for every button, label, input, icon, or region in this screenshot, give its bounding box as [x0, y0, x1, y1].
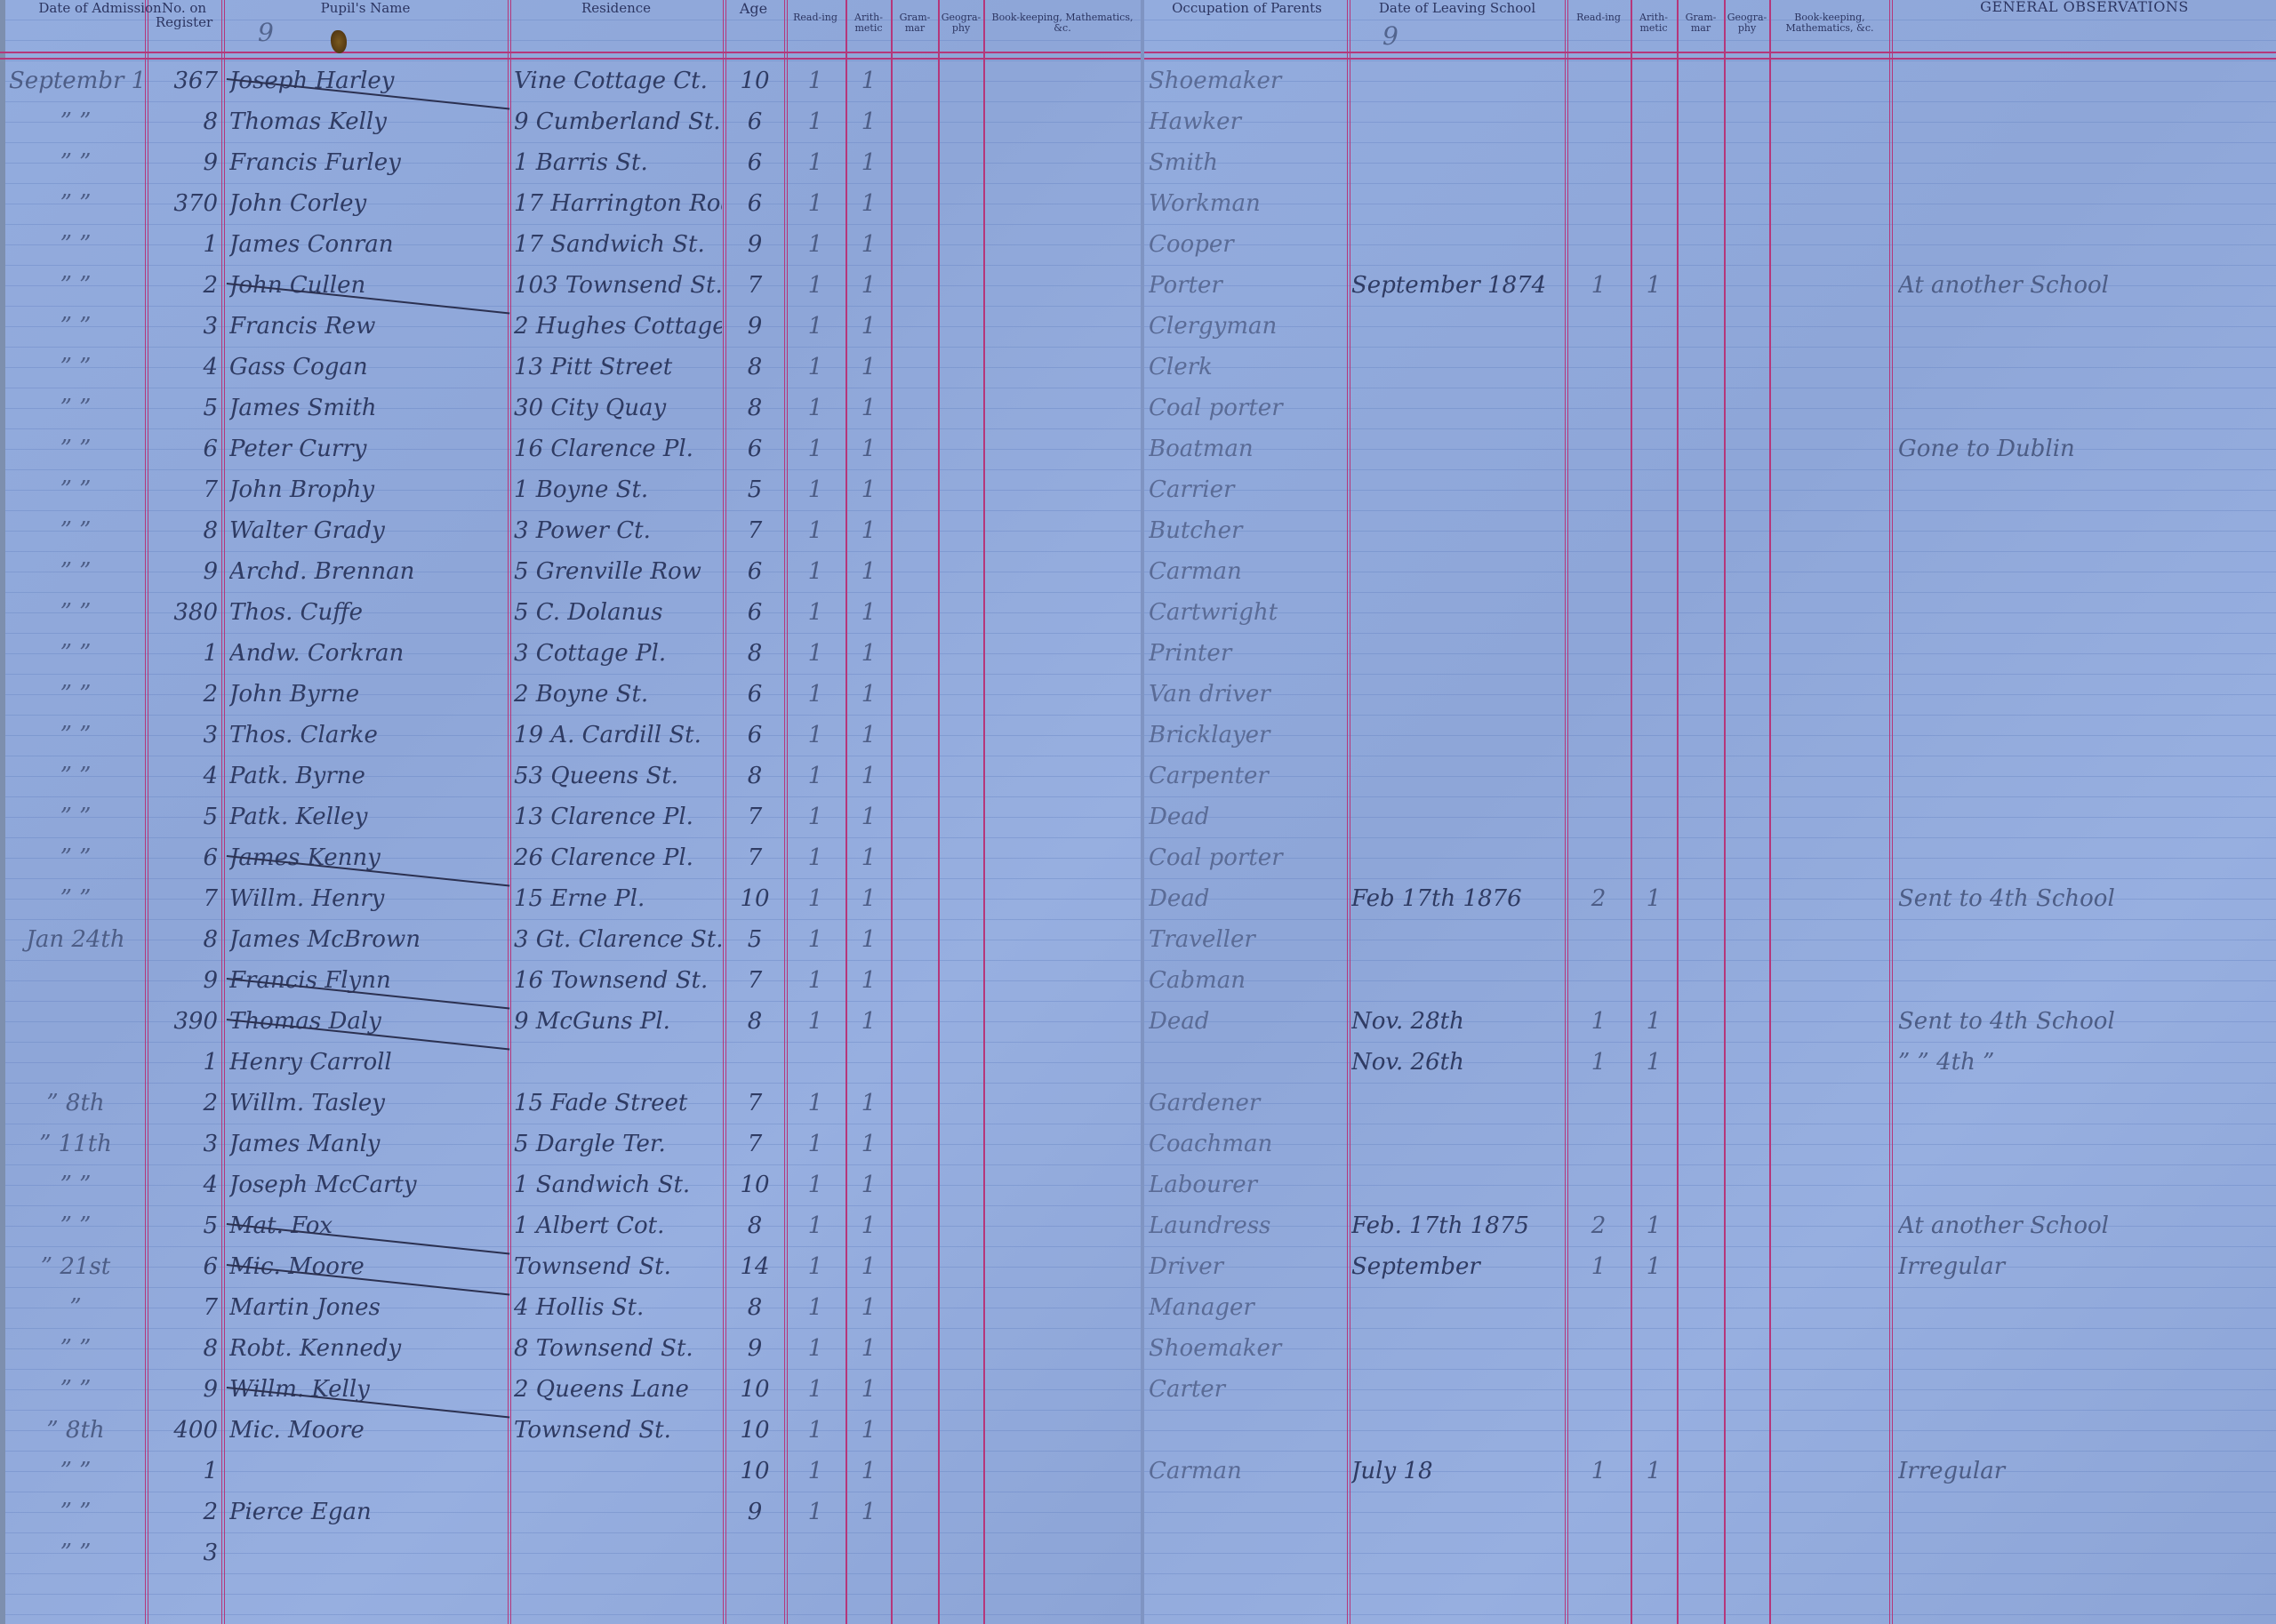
header-bookkeeping: Book-keeping, Mathematics, &c. — [985, 12, 1140, 33]
date-of-admission: ” — [9, 1287, 142, 1328]
header-geography: Geogra-phy — [940, 12, 982, 33]
age: 7 — [727, 1124, 782, 1164]
age: 7 — [727, 960, 782, 1001]
occupation-of-parent: Traveller — [1149, 919, 1346, 960]
register-number: 8 — [148, 1328, 218, 1369]
date-of-leaving — [1351, 101, 1563, 142]
leaving-reading-mark — [1568, 756, 1629, 796]
age: 8 — [727, 1001, 782, 1042]
leaving-arithmetic-mark — [1632, 1287, 1675, 1328]
leaving-reading-mark — [1568, 142, 1629, 183]
general-observation: Sent to 4th School — [1898, 1001, 2272, 1042]
occupation-of-parent: Bricklayer — [1149, 715, 1346, 756]
general-observation — [1898, 1410, 2272, 1451]
residence: 4 Hollis St. — [514, 1287, 722, 1328]
residence: 3 Gt. Clarence St. — [514, 919, 722, 960]
date-of-admission: ” ” — [9, 428, 142, 469]
date-of-leaving — [1351, 428, 1563, 469]
pupil-name: James McBrown — [229, 919, 505, 960]
occupation-of-parent: Coachman — [1149, 1124, 1346, 1164]
arithmetic-mark: 1 — [847, 796, 890, 837]
register-number: 2 — [148, 674, 218, 715]
register-row: ” ”8Robt. Kennedy8 Townsend St.911Shoema… — [0, 1328, 2276, 1369]
leaving-arithmetic-mark: 1 — [1632, 1042, 1675, 1083]
leaving-arithmetic-mark — [1632, 1164, 1675, 1205]
leaving-arithmetic-mark — [1632, 60, 1675, 101]
leaving-reading-mark — [1568, 960, 1629, 1001]
register-row: ” ”5James Smith30 City Quay811Coal porte… — [0, 388, 2276, 428]
register-row: ” ”8Thomas Kelly9 Cumberland St.611Hawke… — [0, 101, 2276, 142]
pupil-name: Thomas Daly — [229, 1001, 505, 1042]
date-of-admission: ” ” — [9, 837, 142, 878]
age: 9 — [727, 1328, 782, 1369]
leaving-reading-mark — [1568, 674, 1629, 715]
residence: Vine Cottage Ct. — [514, 60, 722, 101]
leaving-arithmetic-mark — [1632, 837, 1675, 878]
general-observation: Irregular — [1898, 1246, 2272, 1287]
date-of-admission: ” ” — [9, 142, 142, 183]
leaving-arithmetic-mark — [1632, 347, 1675, 388]
occupation-of-parent: Carpenter — [1149, 756, 1346, 796]
age: 10 — [727, 1410, 782, 1451]
leaving-arithmetic-mark: 1 — [1632, 1001, 1675, 1042]
register-number: 2 — [148, 1083, 218, 1124]
general-observation — [1898, 919, 2272, 960]
pupil-name: Martin Jones — [229, 1287, 505, 1328]
reading-mark: 1 — [788, 837, 843, 878]
pupil-name: Gass Cogan — [229, 347, 505, 388]
leaving-reading-mark — [1568, 837, 1629, 878]
register-row: ” ”5Patk. Kelley13 Clarence Pl.711Dead — [0, 796, 2276, 837]
date-of-admission — [9, 1001, 142, 1042]
date-of-admission: ” ” — [9, 1451, 142, 1492]
date-of-leaving — [1351, 715, 1563, 756]
leaving-arithmetic-mark — [1632, 633, 1675, 674]
date-of-leaving: Feb 17th 1876 — [1351, 878, 1563, 919]
age: 7 — [727, 265, 782, 306]
register-row: ” ”2Pierce Egan911 — [0, 1492, 2276, 1532]
age: 9 — [727, 306, 782, 347]
leaving-arithmetic-mark — [1632, 142, 1675, 183]
general-observation: Sent to 4th School — [1898, 878, 2272, 919]
header-occupation-of-parents: Occupation of Parents — [1147, 2, 1347, 16]
age: 8 — [727, 1287, 782, 1328]
date-of-leaving — [1351, 224, 1563, 265]
reading-mark: 1 — [788, 674, 843, 715]
register-row: ” ”4Gass Cogan13 Pitt Street811Clerk — [0, 347, 2276, 388]
register-row: ” ”6Peter Curry16 Clarence Pl.611Boatman… — [0, 428, 2276, 469]
arithmetic-mark: 1 — [847, 265, 890, 306]
register-row: ” ”3 — [0, 1532, 2276, 1573]
register-number: 380 — [148, 592, 218, 633]
age: 9 — [727, 224, 782, 265]
reading-mark: 1 — [788, 60, 843, 101]
header-date-of-admission: Date of Admission — [36, 2, 164, 16]
register-number: 367 — [148, 60, 218, 101]
age: 10 — [727, 1164, 782, 1205]
pupil-name: Patk. Byrne — [229, 756, 505, 796]
date-of-admission: ” ” — [9, 878, 142, 919]
arithmetic-mark: 1 — [847, 1164, 890, 1205]
header-rule-right — [1144, 52, 2276, 60]
reading-mark: 1 — [788, 1410, 843, 1451]
residence — [514, 1492, 722, 1532]
general-observation — [1898, 1369, 2272, 1410]
leaving-reading-mark: 2 — [1568, 878, 1629, 919]
date-of-admission: ” ” — [9, 265, 142, 306]
arithmetic-mark: 1 — [847, 428, 890, 469]
occupation-of-parent: Boatman — [1149, 428, 1346, 469]
residence: 1 Sandwich St. — [514, 1164, 722, 1205]
age: 6 — [727, 101, 782, 142]
header-date-of-leaving-school: Date of Leaving School — [1350, 2, 1564, 16]
date-of-admission — [9, 960, 142, 1001]
leaving-arithmetic-mark — [1632, 756, 1675, 796]
reading-mark: 1 — [788, 101, 843, 142]
occupation-of-parent: Carman — [1149, 551, 1346, 592]
register-row: ” ”1Andw. Corkran3 Cottage Pl.811Printer — [0, 633, 2276, 674]
date-of-leaving — [1351, 347, 1563, 388]
date-of-admission: ” 8th — [9, 1410, 142, 1451]
register-number: 2 — [148, 265, 218, 306]
occupation-of-parent: Clergyman — [1149, 306, 1346, 347]
register-row: ” ”8Walter Grady3 Power Ct.711Butcher — [0, 510, 2276, 551]
reading-mark: 1 — [788, 388, 843, 428]
date-of-admission: ” ” — [9, 592, 142, 633]
age: 14 — [727, 1246, 782, 1287]
age: 6 — [727, 674, 782, 715]
date-of-leaving: July 18 — [1351, 1451, 1563, 1492]
register-number: 9 — [148, 142, 218, 183]
leaving-arithmetic-mark — [1632, 674, 1675, 715]
register-number: 3 — [148, 306, 218, 347]
leaving-reading-mark — [1568, 796, 1629, 837]
register-number: 1 — [148, 224, 218, 265]
date-of-leaving — [1351, 919, 1563, 960]
leaving-reading-mark — [1568, 224, 1629, 265]
reading-mark: 1 — [788, 224, 843, 265]
leaving-reading-mark — [1568, 1492, 1629, 1532]
arithmetic-mark: 1 — [847, 1492, 890, 1532]
register-number: 6 — [148, 837, 218, 878]
register-number: 1 — [148, 1451, 218, 1492]
leaving-reading-mark — [1568, 633, 1629, 674]
arithmetic-mark: 1 — [847, 510, 890, 551]
general-observation — [1898, 1124, 2272, 1164]
age: 8 — [727, 1205, 782, 1246]
date-of-admission: ” ” — [9, 306, 142, 347]
register-row: ”7Martin Jones4 Hollis St.811Manager — [0, 1287, 2276, 1328]
arithmetic-mark — [847, 1042, 890, 1083]
residence: 1 Boyne St. — [514, 469, 722, 510]
reading-mark: 1 — [788, 1287, 843, 1328]
general-observation — [1898, 1164, 2272, 1205]
leaving-arithmetic-mark — [1632, 1410, 1675, 1451]
pupil-name: Peter Curry — [229, 428, 505, 469]
residence: Townsend St. — [514, 1246, 722, 1287]
date-of-leaving: September — [1351, 1246, 1563, 1287]
leaving-arithmetic-mark — [1632, 183, 1675, 224]
arithmetic-mark: 1 — [847, 674, 890, 715]
residence: 26 Clarence Pl. — [514, 837, 722, 878]
leaving-arithmetic-mark — [1632, 510, 1675, 551]
date-of-admission — [9, 1042, 142, 1083]
register-number: 4 — [148, 1164, 218, 1205]
leaving-arithmetic-mark — [1632, 388, 1675, 428]
register-row: ” ”3Francis Rew2 Hughes Cottages911Clerg… — [0, 306, 2276, 347]
general-observation — [1898, 1492, 2272, 1532]
register-number: 6 — [148, 428, 218, 469]
reading-mark: 1 — [788, 347, 843, 388]
age: 7 — [727, 837, 782, 878]
occupation-of-parent: Dead — [1149, 878, 1346, 919]
occupation-of-parent: Van driver — [1149, 674, 1346, 715]
residence: 17 Harrington Road — [514, 183, 722, 224]
residence: 5 C. Dolanus — [514, 592, 722, 633]
date-of-admission: ” ” — [9, 756, 142, 796]
arithmetic-mark: 1 — [847, 1451, 890, 1492]
register-number: 7 — [148, 469, 218, 510]
occupation-of-parent: Gardener — [1149, 1083, 1346, 1124]
register-number: 3 — [148, 1124, 218, 1164]
date-of-admission: ” 8th — [9, 1083, 142, 1124]
arithmetic-mark: 1 — [847, 960, 890, 1001]
age: 10 — [727, 1451, 782, 1492]
age: 5 — [727, 469, 782, 510]
pupil-name: Mat. Fox — [229, 1205, 505, 1246]
occupation-of-parent: Cartwright — [1149, 592, 1346, 633]
residence: 13 Clarence Pl. — [514, 796, 722, 837]
reading-mark: 1 — [788, 960, 843, 1001]
leaving-arithmetic-mark — [1632, 1369, 1675, 1410]
register-row: 9Francis Flynn16 Townsend St.711Cabman — [0, 960, 2276, 1001]
residence: 5 Dargle Ter. — [514, 1124, 722, 1164]
occupation-of-parent: Coal porter — [1149, 837, 1346, 878]
page-mark-right: 9 — [1382, 21, 1398, 51]
residence: 17 Sandwich St. — [514, 224, 722, 265]
register-number: 8 — [148, 919, 218, 960]
register-number: 1 — [148, 633, 218, 674]
age: 8 — [727, 756, 782, 796]
register-row: ” ”9Francis Furley1 Barris St.611Smith — [0, 142, 2276, 183]
header-leaving-arithmetic: Arith-metic — [1632, 12, 1675, 33]
residence — [514, 1042, 722, 1083]
leaving-arithmetic-mark — [1632, 1124, 1675, 1164]
reading-mark: 1 — [788, 756, 843, 796]
age: 6 — [727, 183, 782, 224]
date-of-leaving — [1351, 1532, 1563, 1573]
date-of-admission: ” ” — [9, 551, 142, 592]
header-general-observations: GENERAL OBSERVATIONS — [1893, 0, 2276, 15]
register-row: ” 11th3James Manly5 Dargle Ter.711Coachm… — [0, 1124, 2276, 1164]
occupation-of-parent: Smith — [1149, 142, 1346, 183]
general-observation — [1898, 469, 2272, 510]
reading-mark — [788, 1042, 843, 1083]
register-row: ” ”4Patk. Byrne53 Queens St.811Carpenter — [0, 756, 2276, 796]
reading-mark: 1 — [788, 1492, 843, 1532]
occupation-of-parent: Manager — [1149, 1287, 1346, 1328]
register-number: 370 — [148, 183, 218, 224]
leaving-reading-mark — [1568, 1369, 1629, 1410]
leaving-reading-mark — [1568, 1124, 1629, 1164]
pupil-name — [229, 1532, 505, 1573]
pupil-name: Henry Carroll — [229, 1042, 505, 1083]
header-leaving-geography: Geogra-phy — [1726, 12, 1768, 33]
date-of-admission: ” ” — [9, 1205, 142, 1246]
date-of-leaving — [1351, 1083, 1563, 1124]
reading-mark: 1 — [788, 1164, 843, 1205]
leaving-arithmetic-mark — [1632, 469, 1675, 510]
leaving-arithmetic-mark: 1 — [1632, 1205, 1675, 1246]
arithmetic-mark: 1 — [847, 388, 890, 428]
leaving-reading-mark — [1568, 347, 1629, 388]
age: 6 — [727, 551, 782, 592]
residence: 103 Townsend St. — [514, 265, 722, 306]
date-of-leaving — [1351, 756, 1563, 796]
register-row: ” 8th2Willm. Tasley15 Fade Street711Gard… — [0, 1083, 2276, 1124]
leaving-reading-mark — [1568, 60, 1629, 101]
residence: 2 Hughes Cottages — [514, 306, 722, 347]
arithmetic-mark: 1 — [847, 1287, 890, 1328]
reading-mark: 1 — [788, 265, 843, 306]
arithmetic-mark: 1 — [847, 756, 890, 796]
pupil-name: James Smith — [229, 388, 505, 428]
general-observation — [1898, 674, 2272, 715]
pupil-name: Francis Furley — [229, 142, 505, 183]
pupil-name: Willm. Tasley — [229, 1083, 505, 1124]
reading-mark: 1 — [788, 510, 843, 551]
pupil-name: Willm. Kelly — [229, 1369, 505, 1410]
header-residence: Residence — [511, 2, 721, 16]
date-of-leaving — [1351, 1328, 1563, 1369]
leaving-reading-mark — [1568, 551, 1629, 592]
arithmetic-mark: 1 — [847, 1369, 890, 1410]
date-of-leaving — [1351, 960, 1563, 1001]
leaving-reading-mark — [1568, 469, 1629, 510]
date-of-admission: ” ” — [9, 1369, 142, 1410]
date-of-admission: ” ” — [9, 183, 142, 224]
arithmetic-mark: 1 — [847, 837, 890, 878]
date-of-admission: ” 21st — [9, 1246, 142, 1287]
pupil-name: John Byrne — [229, 674, 505, 715]
arithmetic-mark: 1 — [847, 1328, 890, 1369]
pupil-name: James Manly — [229, 1124, 505, 1164]
arithmetic-mark: 1 — [847, 878, 890, 919]
age: 8 — [727, 347, 782, 388]
pupil-name: Thos. Clarke — [229, 715, 505, 756]
date-of-leaving — [1351, 1124, 1563, 1164]
leaving-reading-mark — [1568, 306, 1629, 347]
pupil-name: Thomas Kelly — [229, 101, 505, 142]
register-number: 5 — [148, 388, 218, 428]
residence: 2 Queens Lane — [514, 1369, 722, 1410]
date-of-leaving — [1351, 674, 1563, 715]
reading-mark: 1 — [788, 428, 843, 469]
occupation-of-parent: Carter — [1149, 1369, 1346, 1410]
date-of-leaving — [1351, 633, 1563, 674]
date-of-admission: ” ” — [9, 510, 142, 551]
residence — [514, 1451, 722, 1492]
leaving-arithmetic-mark — [1632, 919, 1675, 960]
register-number: 9 — [148, 1369, 218, 1410]
header-arithmetic: Arith-metic — [847, 12, 890, 33]
date-of-leaving — [1351, 510, 1563, 551]
arithmetic-mark: 1 — [847, 1246, 890, 1287]
date-of-admission: ” ” — [9, 469, 142, 510]
leaving-reading-mark — [1568, 1083, 1629, 1124]
general-observation — [1898, 837, 2272, 878]
arithmetic-mark: 1 — [847, 1083, 890, 1124]
register-row: ” ”5Mat. Fox1 Albert Cot.811LaundressFeb… — [0, 1205, 2276, 1246]
register-row: 1Henry CarrollNov. 26th11” ” 4th ” — [0, 1042, 2276, 1083]
age: 8 — [727, 388, 782, 428]
register-number: 7 — [148, 1287, 218, 1328]
age: 7 — [727, 510, 782, 551]
page-mark: 9 — [258, 18, 274, 47]
arithmetic-mark: 1 — [847, 1410, 890, 1451]
register-number: 9 — [148, 960, 218, 1001]
general-observation: At another School — [1898, 1205, 2272, 1246]
arithmetic-mark: 1 — [847, 101, 890, 142]
leaving-reading-mark — [1568, 592, 1629, 633]
occupation-of-parent: Shoemaker — [1149, 1328, 1346, 1369]
residence: Townsend St. — [514, 1410, 722, 1451]
header-leaving-bookkeeping: Book-keeping, Mathematics, &c. — [1771, 12, 1888, 33]
occupation-of-parent: Shoemaker — [1149, 60, 1346, 101]
pupil-name: Joseph McCarty — [229, 1164, 505, 1205]
leaving-arithmetic-mark: 1 — [1632, 1246, 1675, 1287]
general-observation — [1898, 1287, 2272, 1328]
register-number: 390 — [148, 1001, 218, 1042]
occupation-of-parent: Carman — [1149, 1451, 1346, 1492]
arithmetic-mark: 1 — [847, 551, 890, 592]
register-number: 5 — [148, 1205, 218, 1246]
register-row: ” ”9Willm. Kelly2 Queens Lane1011Carter — [0, 1369, 2276, 1410]
leaving-arithmetic-mark — [1632, 306, 1675, 347]
register-row: Septembr 1st367Joseph HarleyVine Cottage… — [0, 60, 2276, 101]
pupil-name: John Corley — [229, 183, 505, 224]
occupation-of-parent: Workman — [1149, 183, 1346, 224]
register-row: ” ”380Thos. Cuffe5 C. Dolanus611Cartwrig… — [0, 592, 2276, 633]
occupation-of-parent — [1149, 1410, 1346, 1451]
date-of-leaving — [1351, 837, 1563, 878]
leaving-arithmetic-mark: 1 — [1632, 1451, 1675, 1492]
occupation-of-parent: Driver — [1149, 1246, 1346, 1287]
pupil-name: Francis Rew — [229, 306, 505, 347]
register-row: Jan 24th8James McBrown3 Gt. Clarence St.… — [0, 919, 2276, 960]
leaving-reading-mark — [1568, 1532, 1629, 1573]
pupil-name: John Cullen — [229, 265, 505, 306]
general-observation — [1898, 633, 2272, 674]
arithmetic-mark: 1 — [847, 1205, 890, 1246]
header-leaving-reading: Read-ing — [1568, 12, 1629, 23]
paper-stain — [331, 30, 347, 53]
header-reading: Read-ing — [788, 12, 843, 23]
register-number: 400 — [148, 1410, 218, 1451]
date-of-admission: ” ” — [9, 1492, 142, 1532]
age: 5 — [727, 919, 782, 960]
leaving-reading-mark — [1568, 101, 1629, 142]
reading-mark: 1 — [788, 469, 843, 510]
date-of-leaving: September 1874 — [1351, 265, 1563, 306]
leaving-arithmetic-mark — [1632, 796, 1675, 837]
age: 6 — [727, 592, 782, 633]
arithmetic-mark — [847, 1532, 890, 1573]
age — [727, 1042, 782, 1083]
leaving-arithmetic-mark: 1 — [1632, 878, 1675, 919]
register-row: ” 21st6Mic. MooreTownsend St.1411DriverS… — [0, 1246, 2276, 1287]
register-number: 2 — [148, 1492, 218, 1532]
